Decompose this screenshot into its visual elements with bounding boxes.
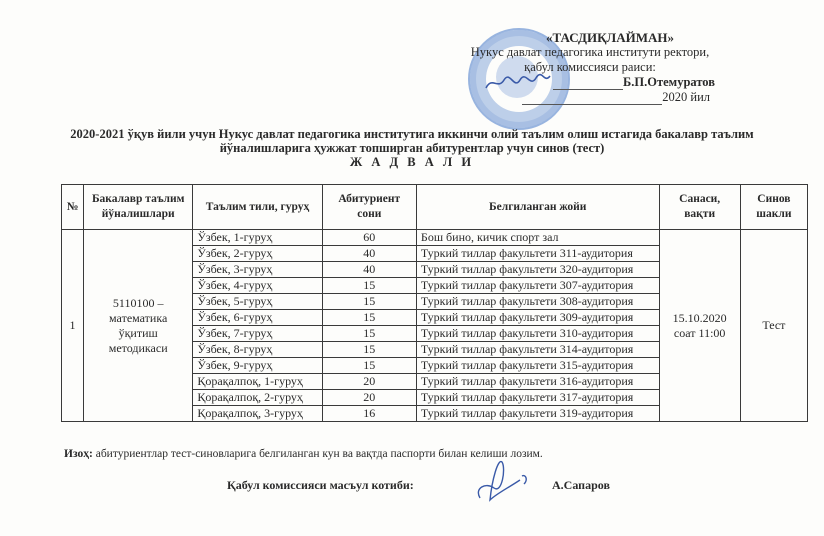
group-cell: Қорақалпоқ, 3-гуруҳ [193,406,322,422]
secretary-label: Қабул комиссияси масъул котиби: [227,478,414,493]
approval-title: «ТАСДИҚЛАЙМАН» [440,30,740,45]
header-num: № [62,185,84,230]
location-cell: Туркий тиллар факультети 317-аудитория [416,390,659,406]
table-header-row: № Бакалавр таълим йўналишлари Таълим тил… [62,185,808,230]
location-cell: Туркий тиллар факультети 308-аудитория [416,294,659,310]
location-cell: Туркий тиллар факультети 315-аудитория [416,358,659,374]
header-count: Абитуриент сони [322,185,416,230]
location-cell: Туркий тиллар факультети 310-аудитория [416,326,659,342]
exam-date: 15.10.2020 [664,311,736,326]
date-cell: 15.10.2020соат 11:00 [659,230,740,422]
approval-signer: Б.П.Отемуратов [623,75,715,89]
header-direction: Бакалавр таълим йўналишлари [84,185,193,230]
count-cell: 15 [322,294,416,310]
group-cell: Ўзбек, 2-гуруҳ [193,246,322,262]
header-date: Санаси, вақти [659,185,740,230]
group-cell: Ўзбек, 5-гуруҳ [193,294,322,310]
group-cell: Қорақалпоқ, 1-гуруҳ [193,374,322,390]
exam-time: соат 11:00 [664,326,736,341]
approval-role: қабул комиссияси раиси: [440,60,740,75]
note-label: Изоҳ: [64,448,93,460]
group-cell: Ўзбек, 4-гуруҳ [193,278,322,294]
count-cell: 16 [322,406,416,422]
group-cell: Ўзбек, 8-гуруҳ [193,342,322,358]
count-cell: 15 [322,310,416,326]
form-cell: Тест [740,230,807,422]
count-cell: 40 [322,262,416,278]
secretary-signature-icon [472,458,532,506]
approval-date: 2020 йил [662,90,710,104]
row-number: 1 [62,230,84,422]
table-row: 15110100 –математика ўқитиш методикасиЎз… [62,230,808,246]
approval-date-line: 2020 йил [440,90,740,105]
location-cell: Туркий тиллар факультети 316-аудитория [416,374,659,390]
count-cell: 15 [322,278,416,294]
direction-code: 5110100 – [88,296,188,311]
header-form: Синов шакли [740,185,807,230]
header-group: Таълим тили, гуруҳ [193,185,322,230]
location-cell: Бош бино, кичик спорт зал [416,230,659,246]
group-cell: Ўзбек, 6-гуруҳ [193,310,322,326]
group-cell: Ўзбек, 3-гуруҳ [193,262,322,278]
count-cell: 15 [322,342,416,358]
count-cell: 15 [322,358,416,374]
direction-cell: 5110100 –математика ўқитиш методикаси [84,230,193,422]
count-cell: 15 [322,326,416,342]
count-cell: 60 [322,230,416,246]
location-cell: Туркий тиллар факультети 309-аудитория [416,310,659,326]
approval-signer-line: Б.П.Отемуратов [440,75,740,90]
location-cell: Туркий тиллар факультети 320-аудитория [416,262,659,278]
location-cell: Туркий тиллар факультети 307-аудитория [416,278,659,294]
location-cell: Туркий тиллар факультети 314-аудитория [416,342,659,358]
count-cell: 20 [322,390,416,406]
count-cell: 20 [322,374,416,390]
document-title: 2020-2021 ўқув йили учун Нукус давлат пе… [20,127,804,169]
group-cell: Ўзбек, 9-гуруҳ [193,358,322,374]
count-cell: 40 [322,246,416,262]
header-location: Белгиланган жойи [416,185,659,230]
group-cell: Ўзбек, 1-гуруҳ [193,230,322,246]
group-cell: Ўзбек, 7-гуруҳ [193,326,322,342]
location-cell: Туркий тиллар факультети 311-аудитория [416,246,659,262]
group-cell: Қорақалпоқ, 2-гуруҳ [193,390,322,406]
location-cell: Туркий тиллар факультети 319-аудитория [416,406,659,422]
title-line-2: йўналишларига ҳужжат топширган абитурент… [20,141,804,155]
schedule-table: № Бакалавр таълим йўналишлари Таълим тил… [61,184,808,422]
secretary-name: А.Сапаров [552,478,610,493]
footer-note: Изоҳ: абитуриентлар тест-синовларига бел… [64,448,543,460]
title-line-3: Ж А Д В А Л И [20,155,804,169]
approval-block: «ТАСДИҚЛАЙМАН» Нукус давлат педагогика и… [440,30,740,105]
title-line-1: 2020-2021 ўқув йили учун Нукус давлат пе… [20,127,804,141]
approval-position: Нукус давлат педагогика институти ректор… [440,45,740,60]
direction-name: математика ўқитиш методикаси [88,311,188,356]
